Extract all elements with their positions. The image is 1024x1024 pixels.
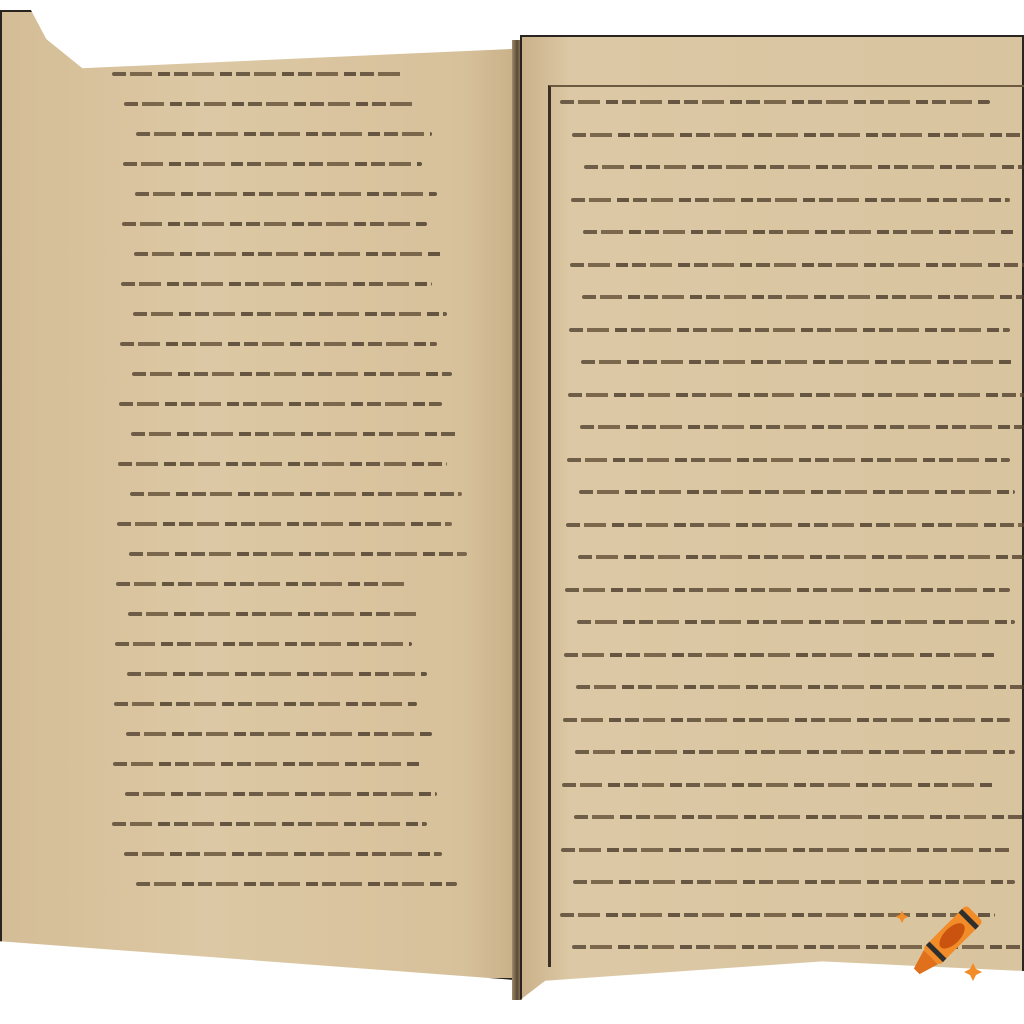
- handwriting-line: [562, 783, 995, 787]
- handwriting-line: [561, 848, 1010, 852]
- handwriting-line: [583, 230, 1015, 234]
- handwriting-line: [136, 132, 432, 136]
- handwriting-line: [128, 612, 422, 616]
- handwriting-line: [135, 192, 437, 196]
- handwriting-line: [566, 523, 1024, 527]
- handwriting-line: [123, 162, 422, 166]
- handwriting-line: [565, 588, 1010, 592]
- handwriting-line: [136, 882, 457, 886]
- handwriting-line: [112, 72, 402, 76]
- handwriting-line: [122, 222, 427, 226]
- handwriting-line: [575, 750, 1015, 754]
- handwriting-line: [584, 165, 1024, 169]
- handwriting-line: [118, 462, 447, 466]
- handwriting-line: [564, 653, 995, 657]
- handwriting-line: [124, 852, 442, 856]
- handwriting-line: [124, 102, 417, 106]
- handwriting-line: [119, 402, 442, 406]
- handwriting-line: [133, 312, 447, 316]
- handwriting-line: [580, 425, 1024, 429]
- handwriting-line: [130, 492, 462, 496]
- handwriting-line: [573, 880, 1015, 884]
- handwriting-line: [560, 100, 990, 104]
- handwriting-line: [582, 295, 1024, 299]
- handwriting-line: [579, 490, 1015, 494]
- handwriting-line: [127, 672, 427, 676]
- handwriting-line: [113, 762, 422, 766]
- handwriting-line: [126, 732, 432, 736]
- handwriting-line: [129, 552, 467, 556]
- handwriting-line: [120, 342, 437, 346]
- handwriting-line: [132, 372, 452, 376]
- handwriting-line: [576, 685, 1024, 689]
- handwriting-line: [572, 133, 1024, 137]
- handwriting-line: [571, 198, 1010, 202]
- handwriting-line: [112, 822, 427, 826]
- handwriting-line: [574, 815, 1024, 819]
- handwriting-line: [570, 263, 1024, 267]
- handwriting-line: [581, 360, 1015, 364]
- handwriting-line: [577, 620, 1015, 624]
- handwriting-line: [568, 393, 1024, 397]
- handwriting-line: [569, 328, 1010, 332]
- handwriting-line: [134, 252, 442, 256]
- handwriting-line: [125, 792, 437, 796]
- crayon-icon: [895, 893, 995, 993]
- handwriting-line: [114, 702, 417, 706]
- handwriting-line: [131, 432, 457, 436]
- handwriting-line: [121, 282, 432, 286]
- handwriting-line: [115, 642, 412, 646]
- handwriting-line: [578, 555, 1024, 559]
- handwriting-line: [567, 458, 1010, 462]
- handwriting-line: [116, 582, 407, 586]
- handwriting-line: [117, 522, 452, 526]
- handwriting-line: [563, 718, 1010, 722]
